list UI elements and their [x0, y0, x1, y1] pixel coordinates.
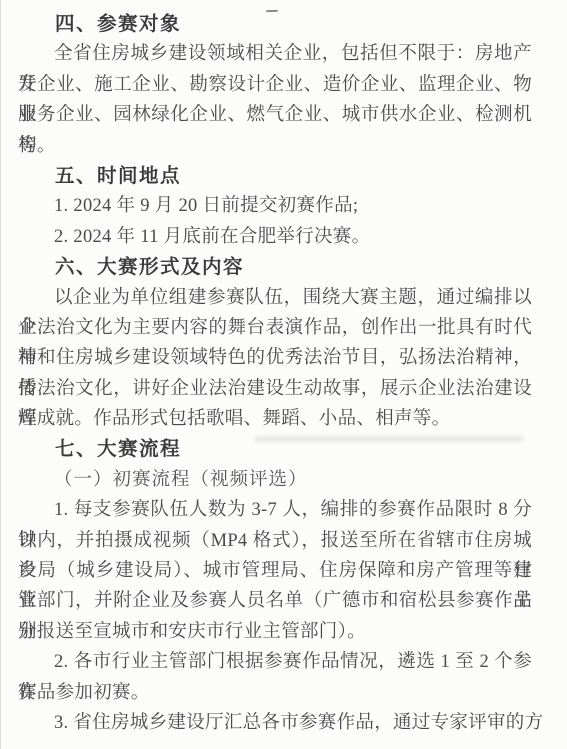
text-line: 作品参加初赛。: [18, 678, 532, 708]
text-line: 2. 各市行业主管部门根据参赛作品情况，遴选 1 至 2 个参赛: [18, 647, 532, 677]
section-heading-process: 七、大赛流程: [18, 434, 532, 464]
text-line: 神和住房城乡建设领域特色的优秀法治节目，弘扬法治精神，传: [18, 343, 532, 373]
text-line: 3. 省住房城乡建设厅汇总各市参赛作品，通过专家评审的方: [18, 708, 532, 738]
text-line: 别报送至宣城市和安庆市行业主管部门）。: [18, 617, 532, 647]
text-line: 播法治文化，讲好企业法治建设生动故事，展示企业法治建设辉: [18, 374, 532, 404]
text-line: 管部门，并附企业及参赛人员名单（广德市和宿松县参赛作品分: [18, 586, 532, 616]
scanned-document-page: 四、参赛对象 全省住房城乡建设领域相关企业，包括但不限于：房地产开 发企业、施工…: [0, 0, 567, 749]
section-heading-participants: 四、参赛对象: [18, 9, 532, 39]
scan-edge-line: [0, 0, 1, 749]
text-line: 2. 2024 年 11 月底前在合肥举行决赛。: [18, 222, 532, 252]
document-body: 四、参赛对象 全省住房城乡建设领域相关企业，包括但不限于：房地产开 发企业、施工…: [18, 9, 532, 738]
text-line: 1. 2024 年 9 月 20 日前提交初赛作品;: [18, 191, 532, 221]
text-line: 全省住房城乡建设领域相关企业，包括但不限于：房地产开: [18, 39, 532, 69]
text-line: 以企业为单位组建参赛队伍，围绕大赛主题，通过编排以企: [18, 283, 532, 313]
text-line: 1. 每支参赛队伍人数为 3-7 人，编排的参赛作品限时 8 分钟: [18, 495, 532, 525]
text-line: 业法治文化为主要内容的舞台表演作品，创作出一批具有时代精: [18, 313, 532, 343]
text-line: 等。: [18, 131, 532, 161]
text-line: 服务企业、园林绿化企业、燃气企业、城市供水企业、检测机构: [18, 100, 532, 130]
text-line: 设局（城乡建设局）、城市管理局、住房保障和房产管理等行业主: [18, 556, 532, 586]
text-line: 发企业、施工企业、勘察设计企业、造价企业、监理企业、物业: [18, 70, 532, 100]
section-heading-format-content: 六、大赛形式及内容: [18, 252, 532, 282]
text-line: 煌成就。作品形式包括歌唱、舞蹈、小品、相声等。: [18, 404, 532, 434]
subsection-heading-preliminary: （一）初赛流程（视频评选）: [18, 465, 532, 495]
section-heading-time-place: 五、时间地点: [18, 161, 532, 191]
text-line: 以内，并拍摄成视频（MP4 格式），报送至所在省辖市住房城乡建: [18, 526, 532, 556]
